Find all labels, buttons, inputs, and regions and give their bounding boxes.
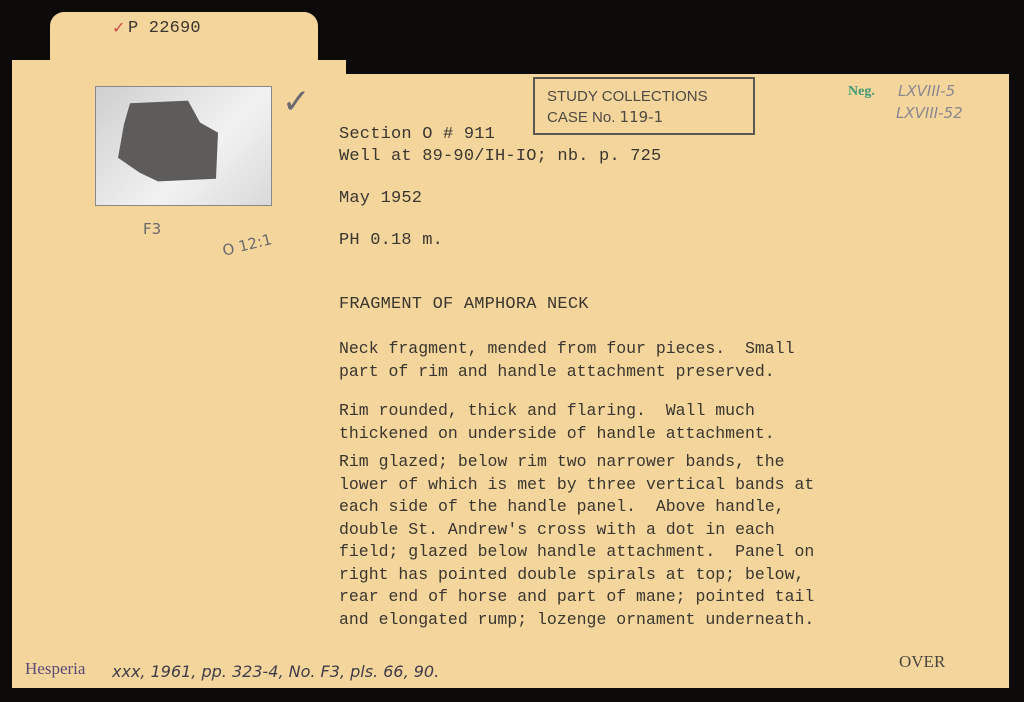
section-line: Section O # 911	[339, 124, 495, 146]
description-paragraph: Rim glazed; below rim two narrower bands…	[339, 451, 814, 631]
date-line: May 1952	[339, 188, 422, 210]
location-line: Well at 89-90/IH-IO; nb. p. 725	[339, 146, 661, 168]
over-label: OVER	[899, 652, 945, 672]
photo-caption: F3	[143, 220, 161, 238]
description-paragraph: Rim rounded, thick and flaring. Wall muc…	[339, 400, 775, 445]
study-collections-stamp: STUDY COLLECTIONS CASE No. 119-1	[533, 77, 755, 135]
object-title: FRAGMENT OF AMPHORA NECK	[339, 294, 589, 316]
shard-image	[118, 99, 218, 183]
check-mark-icon: ✓	[112, 18, 125, 37]
stamp-case-label: CASE No.	[547, 109, 615, 126]
stamp-case-value: 119-1	[620, 108, 664, 126]
reference-text: xxx, 1961, pp. 323-4, No. F3, pls. 66, 9…	[112, 662, 439, 681]
catalog-number: P 22690	[128, 18, 201, 40]
check-mark-icon: ✓	[282, 82, 311, 122]
negatives-label: Neg.	[848, 84, 875, 100]
description-paragraph: Neck fragment, mended from four pieces. …	[339, 338, 794, 383]
negative-1: LXVIII-5	[898, 82, 955, 100]
negative-2: LXVIII-52	[896, 104, 963, 122]
reference-label: Hesperia	[25, 659, 85, 679]
artifact-photo	[95, 86, 272, 206]
dimension-line: PH 0.18 m.	[339, 230, 443, 252]
stamp-line1: STUDY COLLECTIONS	[547, 87, 753, 107]
